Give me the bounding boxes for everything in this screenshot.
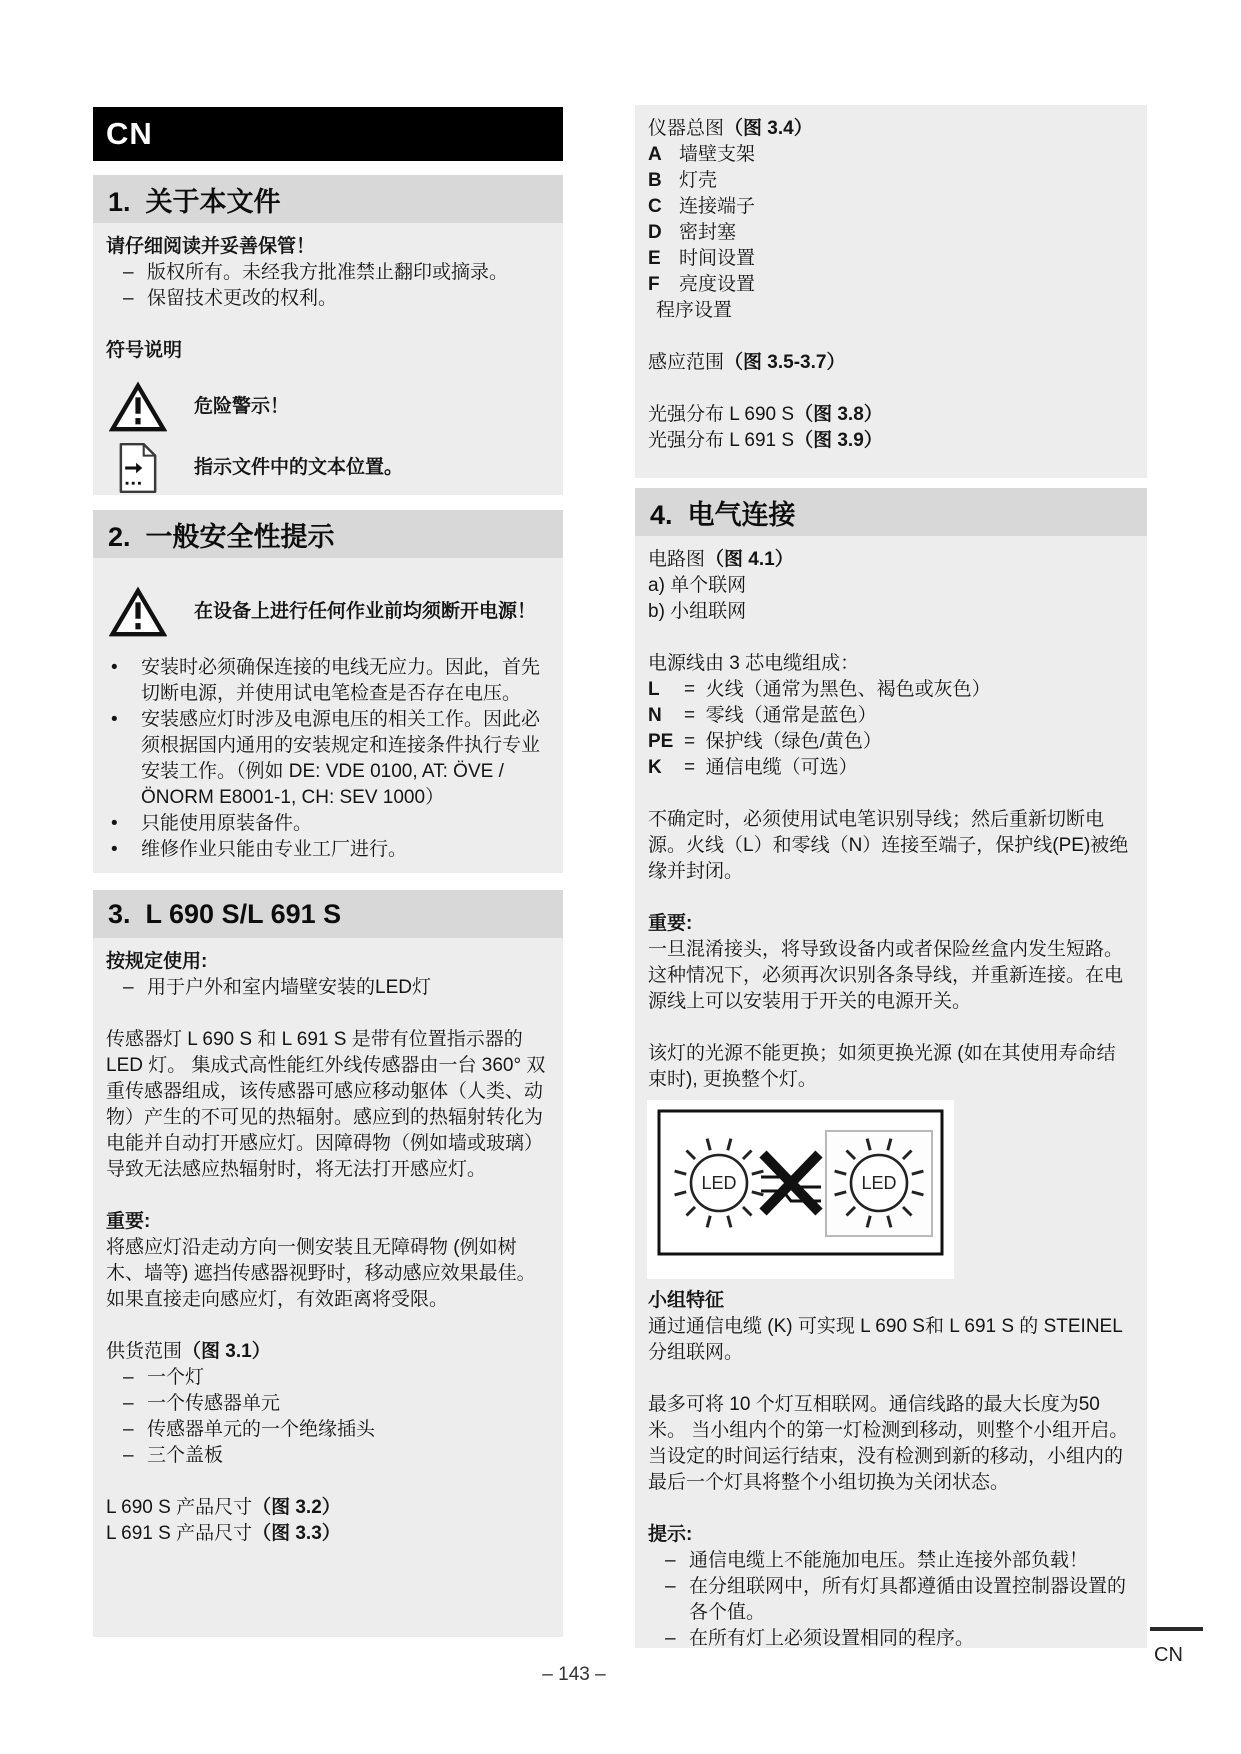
figure-reference: （图 3.8） (794, 404, 883, 425)
warning-triangle-icon-wrap (108, 586, 168, 638)
spacer (648, 1496, 1134, 1522)
text: 维修作业只能由专业工厂进行。 (141, 837, 550, 863)
text-line: 按规定使用: (106, 949, 550, 975)
figure-reference: （图 3.5-3.7） (724, 352, 845, 373)
legend-value: 亮度设置 (679, 274, 755, 295)
text-line: 请仔细阅读并妥善保管！ (106, 234, 550, 260)
text: 一旦混淆接头，将导致设备内或者保险丝盒内发生短路。这种情况下，必须再次识别各条导… (648, 939, 1123, 1012)
text-line: 提示: (648, 1522, 1134, 1548)
legend-value: 连接端子 (679, 196, 755, 217)
warning-triangle-icon-wrap (108, 381, 168, 433)
section-panel: 4. 电气连接电路图（图 4.1）a) 单个联网b) 小组联网电源线由 3 芯电… (635, 488, 1147, 1648)
text: 请仔细阅读并妥善保管！ (106, 236, 315, 257)
spacer (106, 1001, 550, 1027)
paragraph: 通过通信电缆 (K) 可实现 L 690 S和 L 691 S 的 STEINE… (648, 1314, 1134, 1366)
text: 一个灯 (147, 1365, 550, 1391)
text-line: 重要: (648, 911, 1134, 937)
icon-note-row: 危险警示！ (108, 379, 550, 435)
footer-language-label: CN (1154, 1644, 1183, 1667)
figure-reference: （图 3.9） (794, 430, 883, 451)
text: 提示: (648, 1524, 692, 1545)
list-item: •安装时必须确保连接的电线无应力。因此，首先切断电源，并使用试电笔检查是否存在电… (106, 655, 550, 707)
text: 重要: (106, 1211, 150, 1232)
text-line: 小组特征 (648, 1288, 1134, 1314)
wire-value: = 火线（通常为黑色、褐色或灰色） (684, 679, 991, 700)
wire-key: PE (648, 729, 684, 755)
section-panel: 2. 一般安全性提示在设备上进行任何作业前均须断开电源！•安装时必须确保连接的电… (93, 510, 563, 873)
legend-row: B灯壳 (648, 168, 1134, 194)
text-line: 符号说明 (106, 338, 550, 364)
panel-body: 在设备上进行任何作业前均须断开电源！•安装时必须确保连接的电线无应力。因此，首先… (93, 558, 563, 863)
figure-reference: （图 3.2） (252, 1497, 341, 1518)
paragraph: 不确定时，必须使用试电笔识别导线；然后重新切断电源。火线（L）和零线（N）连接至… (648, 807, 1134, 885)
section-panel: 3. L 690 S/L 691 S按规定使用:–用于户外和室内墙壁安装的LED… (93, 890, 563, 1637)
text: 只能使用原装备件。 (141, 811, 550, 837)
figure-reference: （图 4.1） (705, 549, 794, 570)
text: 符号说明 (106, 340, 182, 361)
dash-bullet: – (665, 1548, 689, 1574)
spacer (648, 376, 1134, 402)
bullet-dot: • (111, 655, 141, 707)
wire-value: = 通信电缆（可选） (684, 757, 858, 778)
dash-bullet: – (123, 286, 147, 312)
paragraph: 传感器灯 L 690 S 和 L 691 S 是带有位置指示器的 LED 灯。 … (106, 1027, 550, 1183)
spacer (648, 625, 1134, 651)
dash-bullet: – (123, 260, 147, 286)
section-header: 1. 关于本文件 (93, 175, 563, 223)
text: 该灯的光源不能更换；如须更换光源 (如在其使用寿命结束时), 更换整个灯。 (648, 1043, 1116, 1090)
figure-reference-prefix: 光强分布 L 691 S (648, 430, 794, 451)
language-box: CN (93, 107, 563, 161)
wire-row: PE= 保护线（绿色/黄色） (648, 729, 1134, 755)
paragraph: 该灯的光源不能更换；如须更换光源 (如在其使用寿命结束时), 更换整个灯。 (648, 1041, 1134, 1093)
figure-reference-line: 电路图（图 4.1） (648, 547, 1134, 573)
spacer (106, 1469, 550, 1495)
text-line: 程序设置 (648, 298, 1134, 324)
dash-bullet: – (123, 1391, 147, 1417)
text: a) 单个联网 (648, 575, 746, 596)
wire-key: N (648, 703, 684, 729)
list-item: –三个盖板 (106, 1443, 550, 1469)
spacer (648, 1366, 1134, 1392)
text-line: b) 小组联网 (648, 599, 1134, 625)
bullet-dot: • (111, 707, 141, 811)
wire-key: L (648, 677, 684, 703)
panel-body: 电路图（图 4.1）a) 单个联网b) 小组联网电源线由 3 芯电缆组成：L= … (635, 536, 1147, 1648)
language-box-label: CN (93, 116, 153, 152)
legend-row: D密封塞 (648, 220, 1134, 246)
panel-body: 请仔细阅读并妥善保管！–版权所有。未经我方批准禁止翻印或摘录。–保留技术更改的权… (93, 223, 563, 495)
section-header: 4. 电气连接 (635, 488, 1147, 536)
text: 一个传感器单元 (147, 1391, 550, 1417)
led-label: LED (701, 1173, 736, 1193)
figure-reference-line: L 690 S 产品尺寸（图 3.2） (106, 1495, 550, 1521)
led-replacement-figure: LEDLED (647, 1100, 954, 1279)
text: 小组特征 (648, 1290, 724, 1311)
spacer (106, 1313, 550, 1339)
dash-bullet: – (665, 1626, 689, 1648)
list-item: •只能使用原装备件。 (106, 811, 550, 837)
icon-note-text: 危险警示！ (194, 394, 289, 420)
figure-reference-line: 感应范围（图 3.5-3.7） (648, 350, 1134, 376)
figure-reference-prefix: 光强分布 L 690 S (648, 404, 794, 425)
figure-reference: （图 3.4） (724, 118, 813, 139)
figure-reference-line: 光强分布 L 690 S（图 3.8） (648, 402, 1134, 428)
section-panel: 1. 关于本文件请仔细阅读并妥善保管！–版权所有。未经我方批准禁止翻印或摘录。–… (93, 175, 563, 495)
text: 传感器灯 L 690 S 和 L 691 S 是带有位置指示器的 LED 灯。 … (106, 1029, 545, 1180)
legend-value: 密封塞 (679, 222, 736, 243)
list-item: •安装感应灯时涉及电源电压的相关工作。因此必须根据国内通用的安装规定和连接条件执… (106, 707, 550, 811)
figure-reference-line: 供货范围（图 3.1） (106, 1339, 550, 1365)
list-item: –在分组联网中，所有灯具都遵循由设置控制器设置的各个值。 (648, 1574, 1134, 1626)
list-item: –版权所有。未经我方批准禁止翻印或摘录。 (106, 260, 550, 286)
spacer (106, 364, 550, 374)
figure-reference: （图 3.1） (182, 1341, 271, 1362)
legend-value: 时间设置 (679, 248, 755, 269)
figure-reference-prefix: 仪器总图 (648, 118, 724, 139)
text: 电源线由 3 芯电缆组成： (648, 653, 859, 674)
text: 按规定使用: (106, 951, 207, 972)
list-item: –一个灯 (106, 1365, 550, 1391)
text: 重要: (648, 913, 692, 934)
document-location-icon-wrap (108, 442, 168, 494)
text: 三个盖板 (147, 1443, 550, 1469)
list-item: –保留技术更改的权利。 (106, 286, 550, 312)
dash-bullet: – (123, 1443, 147, 1469)
led-label: LED (861, 1173, 896, 1193)
text: 版权所有。未经我方批准禁止翻印或摘录。 (147, 260, 550, 286)
bullet-dot: • (111, 837, 141, 863)
text: 不确定时，必须使用试电笔识别导线；然后重新切断电源。火线（L）和零线（N）连接至… (648, 809, 1128, 882)
legend-value: 灯壳 (679, 170, 717, 191)
text: 传感器单元的一个绝缘插头 (147, 1417, 550, 1443)
legend-value: 墙壁支架 (679, 144, 755, 165)
list-item: –一个传感器单元 (106, 1391, 550, 1417)
spacer (648, 324, 1134, 350)
footer-divider (1150, 1627, 1203, 1631)
manual-page: CN1. 关于本文件请仔细阅读并妥善保管！–版权所有。未经我方批准禁止翻印或摘录… (0, 0, 1241, 1754)
figure-reference-prefix: L 691 S 产品尺寸 (106, 1523, 252, 1544)
figure-reference-line: 光强分布 L 691 S（图 3.9） (648, 428, 1134, 454)
text: 将感应灯沿走动方向一侧安装且无障碍物 (例如树木、墙等) 遮挡传感器视野时，移动… (106, 1237, 536, 1310)
wire-row: K= 通信电缆（可选） (648, 755, 1134, 781)
warning-triangle-icon (109, 586, 167, 638)
legend-key: F (648, 272, 679, 298)
figure-reference: （图 3.3） (252, 1523, 341, 1544)
panel-body: 按规定使用:–用于户外和室内墙壁安装的LED灯传感器灯 L 690 S 和 L … (93, 938, 563, 1547)
text: 保留技术更改的权利。 (147, 286, 550, 312)
legend-key: A (648, 142, 679, 168)
icon-note-text: 指示文件中的文本位置。 (194, 455, 403, 481)
list-item: –在所有灯上必须设置相同的程序。 (648, 1626, 1134, 1648)
page-number: – 143 – (0, 1664, 1148, 1686)
bullet-dot: • (111, 811, 141, 837)
text: 程序设置 (656, 300, 732, 321)
spacer (648, 885, 1134, 911)
list-item: –传感器单元的一个绝缘插头 (106, 1417, 550, 1443)
dash-bullet: – (123, 1417, 147, 1443)
list-item: –用于户外和室内墙壁安装的LED灯 (106, 975, 550, 1001)
spacer (106, 1183, 550, 1209)
figure-reference-prefix: L 690 S 产品尺寸 (106, 1497, 252, 1518)
legend-row: F亮度设置 (648, 272, 1134, 298)
wire-value: = 零线（通常是蓝色） (684, 705, 877, 726)
legend-key: E (648, 246, 679, 272)
legend-row: E时间设置 (648, 246, 1134, 272)
dash-bullet: – (123, 975, 147, 1001)
figure-reference-prefix: 供货范围 (106, 1341, 182, 1362)
spacer (106, 569, 550, 579)
spacer (648, 1015, 1134, 1041)
list-item: –通信电缆上不能施加电压。禁止连接外部负载！ (648, 1548, 1134, 1574)
icon-note-row: 指示文件中的文本位置。 (108, 440, 550, 495)
legend-key: B (648, 168, 679, 194)
led-replacement-figure-svg: LEDLED (647, 1100, 954, 1266)
figure-reference-line: L 691 S 产品尺寸（图 3.3） (106, 1521, 550, 1547)
text: 通过通信电缆 (K) 可实现 L 690 S和 L 691 S 的 STEINE… (648, 1316, 1127, 1363)
spacer (648, 781, 1134, 807)
legend-row: C连接端子 (648, 194, 1134, 220)
text: 最多可将 10 个灯互相联网。通信线路的最大长度为50 米。 当小组内个的第一灯… (648, 1394, 1128, 1493)
text: 安装时必须确保连接的电线无应力。因此，首先切断电源，并使用试电笔检查是否存在电压… (141, 655, 550, 707)
paragraph: 最多可将 10 个灯互相联网。通信线路的最大长度为50 米。 当小组内个的第一灯… (648, 1392, 1134, 1496)
text: 在所有灯上必须设置相同的程序。 (689, 1626, 1134, 1648)
wire-row: L= 火线（通常为黑色、褐色或灰色） (648, 677, 1134, 703)
wire-row: N= 零线（通常是蓝色） (648, 703, 1134, 729)
text: 安装感应灯时涉及电源电压的相关工作。因此必须根据国内通用的安装规定和连接条件执行… (141, 707, 550, 811)
list-item: •维修作业只能由专业工厂进行。 (106, 837, 550, 863)
figure-reference-prefix: 电路图 (648, 549, 705, 570)
dash-bullet: – (665, 1574, 689, 1626)
section-header: 3. L 690 S/L 691 S (93, 890, 563, 938)
icon-note-row: 在设备上进行任何作业前均须断开电源！ (108, 584, 550, 640)
text: 在分组联网中，所有灯具都遵循由设置控制器设置的各个值。 (689, 1574, 1134, 1626)
wire-key: K (648, 755, 684, 781)
text-line: 重要: (106, 1209, 550, 1235)
figure-reference-prefix: 感应范围 (648, 352, 724, 373)
section-header: 2. 一般安全性提示 (93, 510, 563, 558)
spacer (106, 645, 550, 655)
section-panel: 仪器总图（图 3.4）A墙壁支架B灯壳C连接端子D密封塞E时间设置F亮度设置程序… (635, 105, 1147, 478)
text: b) 小组联网 (648, 601, 746, 622)
spacer (106, 312, 550, 338)
text-line: a) 单个联网 (648, 573, 1134, 599)
paragraph: 一旦混淆接头，将导致设备内或者保险丝盒内发生短路。这种情况下，必须再次识别各条导… (648, 937, 1134, 1015)
figure-reference-line: 仪器总图（图 3.4） (648, 116, 1134, 142)
legend-key: C (648, 194, 679, 220)
text: 用于户外和室内墙壁安装的LED灯 (147, 975, 550, 1001)
wire-value: = 保护线（绿色/黄色） (684, 731, 882, 752)
legend-key: D (648, 220, 679, 246)
icon-note-text: 在设备上进行任何作业前均须断开电源！ (194, 599, 536, 625)
text-line: 电源线由 3 芯电缆组成： (648, 651, 1134, 677)
legend-row: A墙壁支架 (648, 142, 1134, 168)
document-location-icon (118, 442, 158, 494)
dash-bullet: – (123, 1365, 147, 1391)
warning-triangle-icon (109, 381, 167, 433)
panel-body: 仪器总图（图 3.4）A墙壁支架B灯壳C连接端子D密封塞E时间设置F亮度设置程序… (635, 105, 1147, 454)
text: 通信电缆上不能施加电压。禁止连接外部负载！ (689, 1548, 1134, 1574)
paragraph: 将感应灯沿走动方向一侧安装且无障碍物 (例如树木、墙等) 遮挡传感器视野时，移动… (106, 1235, 550, 1313)
